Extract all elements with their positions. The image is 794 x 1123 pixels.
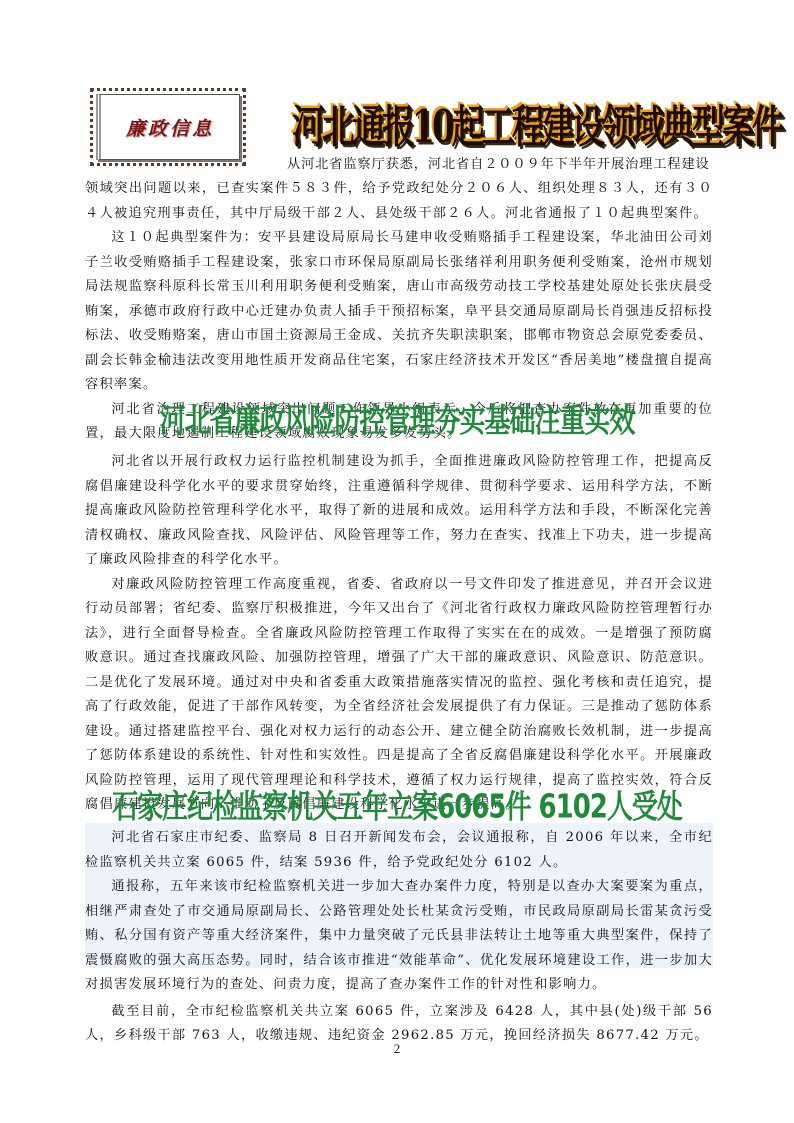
page-number: 2 (0, 1041, 794, 1057)
article2-paragraph: 河北省以开展行政权力运行监控机制建设为抓手，全面推进廉政风险防控管理工作，把提高… (85, 450, 713, 573)
article1-lead-line: 从河北省监察厅获悉，河北省自２００９年下半年开展治理工程建设 (287, 153, 713, 178)
article3-paragraph: 通报称，五年来该市纪检监察机关进一步加大查办案件力度，特别是以查办大案要案为重点… (85, 875, 713, 998)
article2-body: 河北省以开展行政权力运行监控机制建设为抓手，全面推进廉政风险防控管理工作，把提高… (85, 450, 713, 818)
badge-label: 廉政信息 (126, 114, 214, 141)
article1-paragraph: 这１０起典型案件为：安平县建设局原局长马建申收受贿赂插手工程建设案，华北油田公司… (85, 226, 713, 398)
badge-frame: 廉政信息 (96, 94, 240, 160)
article3-paragraph: 河北省石家庄市纪委、监察局 8 日召开新闻发布会，会议通报称，自 2006 年以… (85, 826, 713, 875)
article3-body: 河北省石家庄市纪委、监察局 8 日召开新闻发布会，会议通报称，自 2006 年以… (85, 826, 713, 1049)
article1-lead-text: 从河北省监察厅获悉，河北省自２００９年下半年开展治理工程建设 (287, 153, 713, 178)
article1-title: 河北通报10起工程建设领域典型案件 (292, 92, 702, 162)
document-page: 廉政信息 河北通报10起工程建设领域典型案件 从河北省监察厅获悉，河北省自２００… (0, 0, 794, 1123)
lianzheng-info-badge: 廉政信息 (90, 88, 246, 166)
article3-title: 石家庄纪检监察机关五年立案6065件 6102人受处 (0, 781, 794, 827)
article2-title: 河北省廉政风险防控管理夯实基础注重实效 (0, 395, 794, 441)
article1-paragraph: 领域突出问题以来，已查实案件５８３件，给予党政纪处分２０６人、组织处理８３人，还… (85, 177, 713, 226)
